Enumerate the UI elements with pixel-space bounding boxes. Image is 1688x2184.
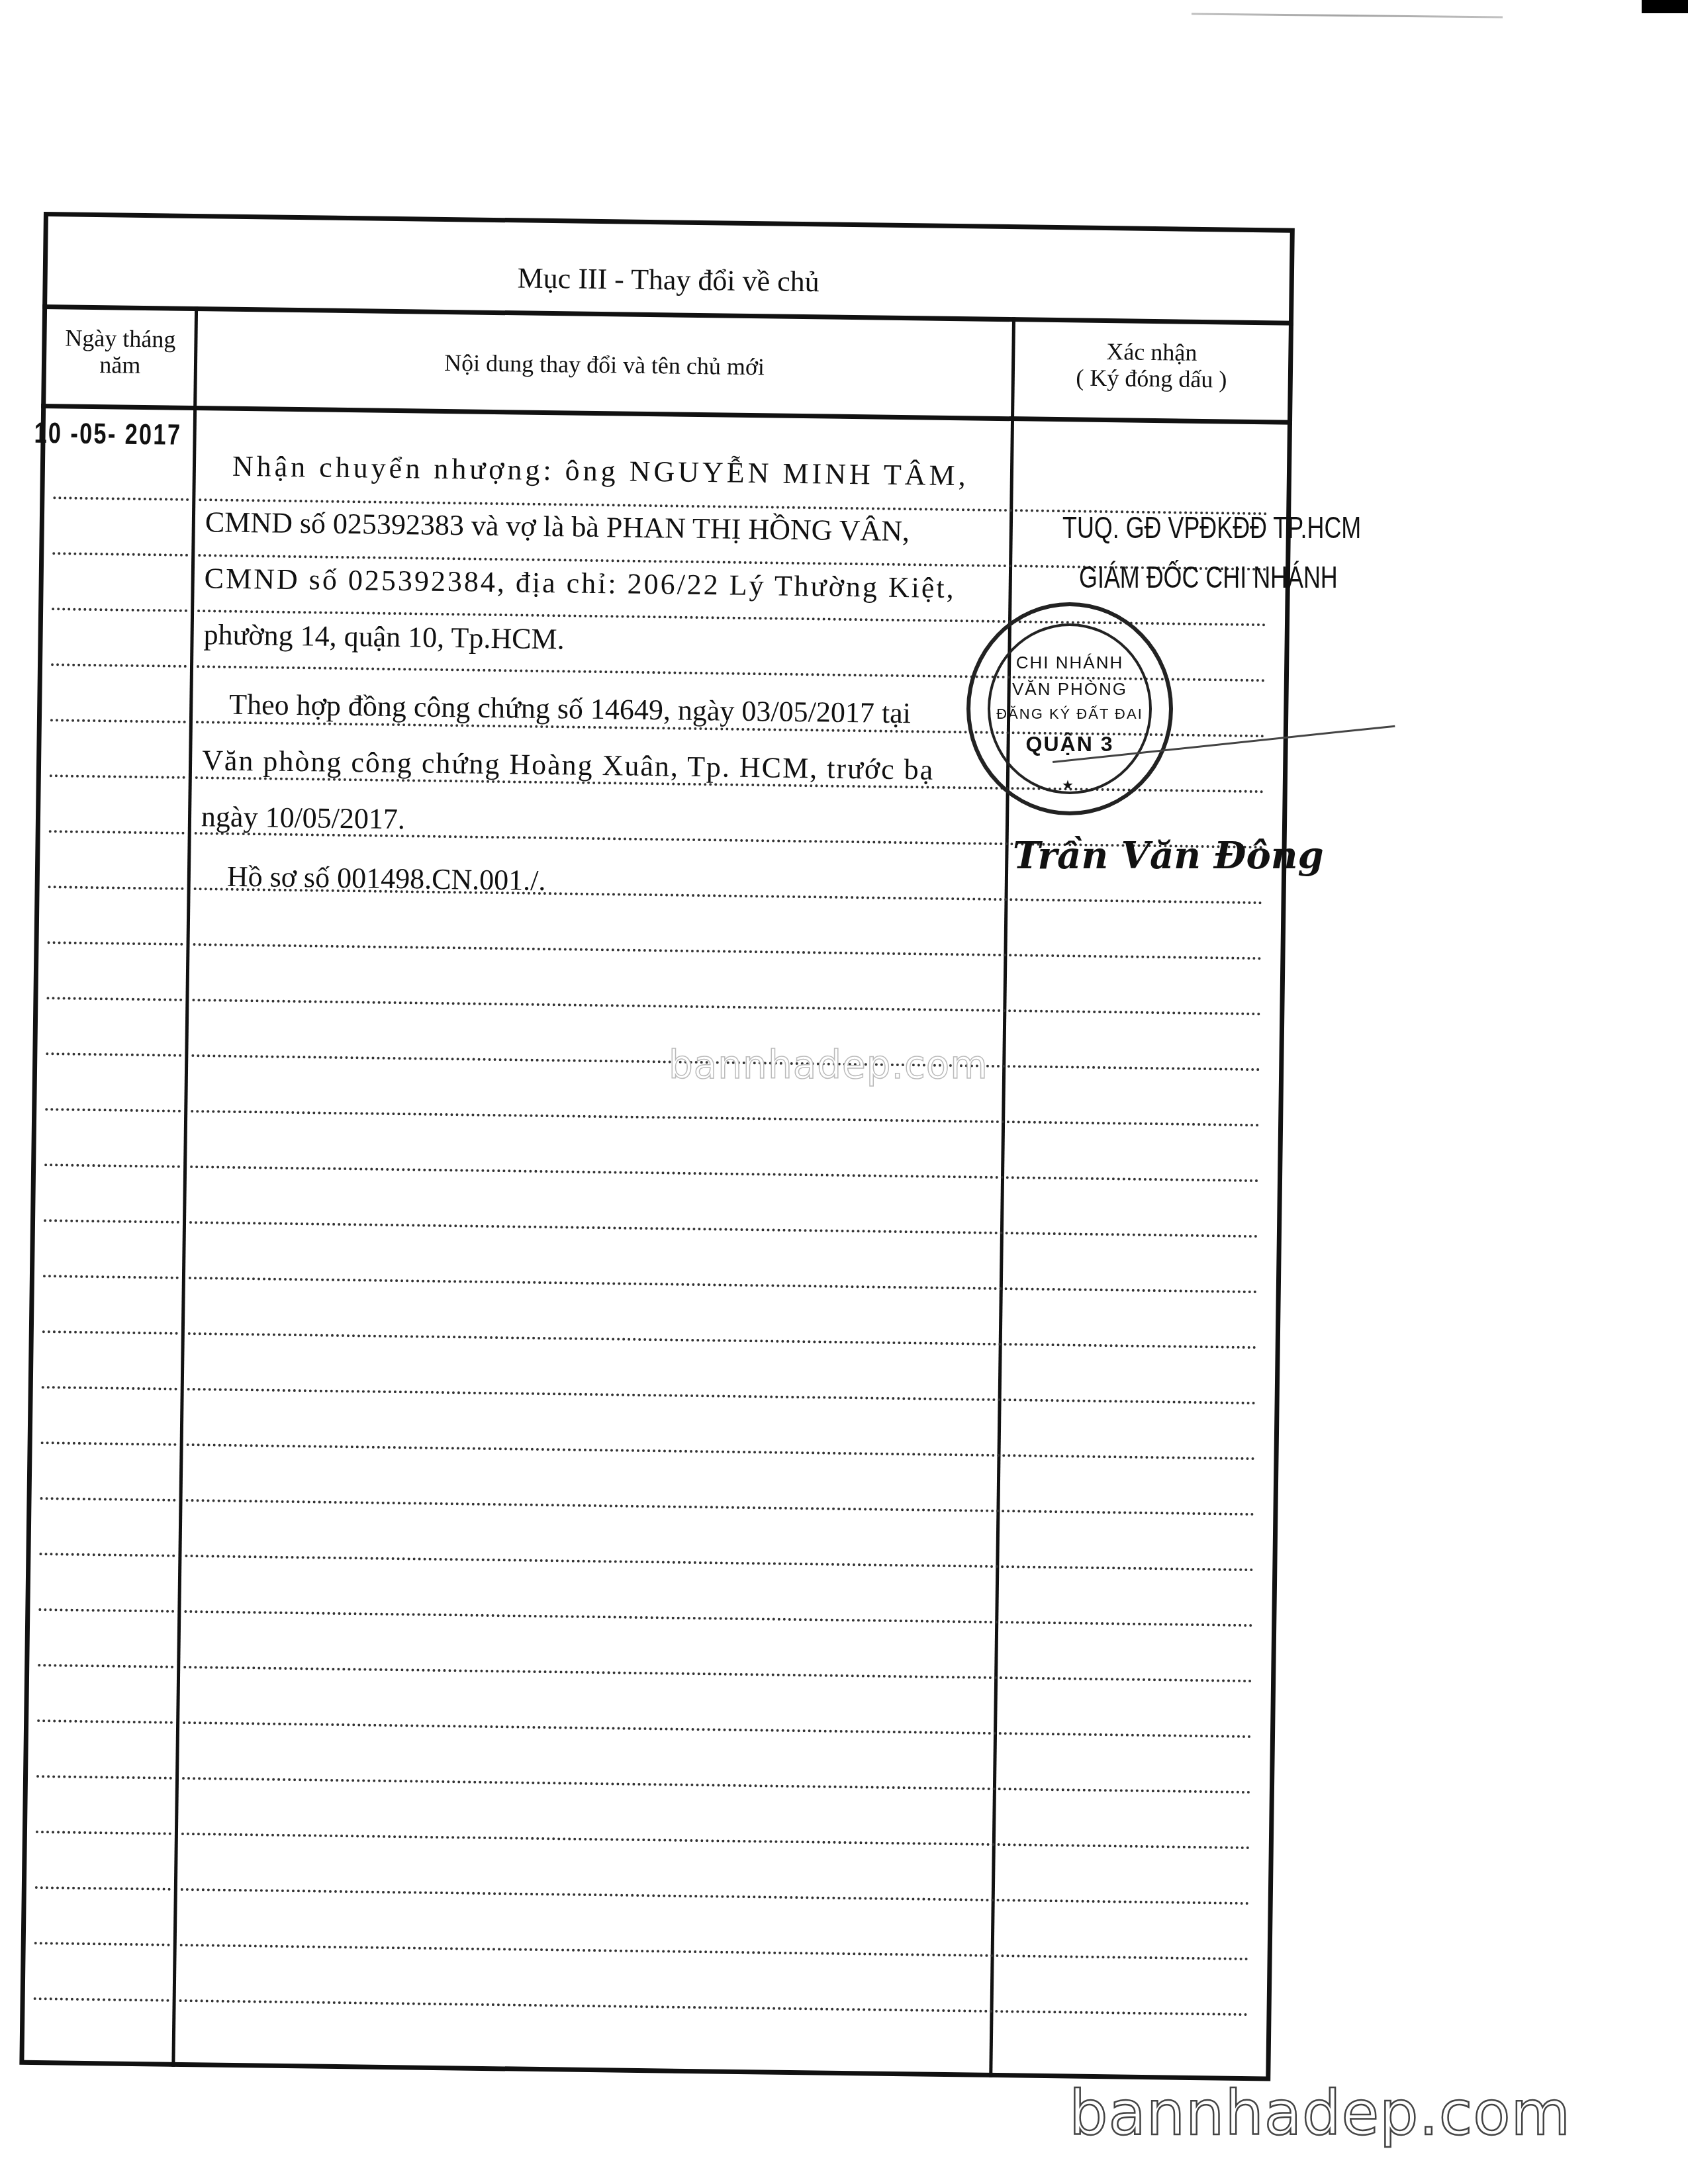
column-header-confirm-line1: Xác nhận [1015,337,1288,367]
ownership-change-table: Mục III - Thay đổi về chủ Ngày tháng năm… [19,212,1294,2081]
watermark: bannhadep.com [1069,2078,1571,2149]
official-seal: CHI NHÁNH VĂN PHÒNG ĐĂNG KÝ ĐẤT ĐAI QUẬN… [966,602,1173,815]
content-line: Hồ sơ số 001498.CN.001./. [227,860,546,897]
authority-title: TUQ. GĐ VPĐKĐĐ TP.HCM [1062,510,1361,545]
scan-edge [1642,0,1688,13]
seal-star-icon: ★ [1062,777,1074,794]
content-line: phường 14, quận 10, Tp.HCM. [203,617,565,656]
entry-date-stamp: 10 -05- 2017 [34,417,181,452]
scan-artifact [1192,13,1503,19]
seal-line: CHI NHÁNH [970,653,1169,673]
column-header-date: Ngày tháng năm [46,324,195,379]
signer-name: Trần Văn Đông [1013,834,1324,878]
column-header-confirm: Xác nhận ( Ký đóng dấu ) [1015,337,1289,393]
column-header-date-line1: Ngày tháng [46,324,195,353]
table-frame [19,212,1294,2081]
seal-line: VĂN PHÒNG [970,679,1169,700]
content-line: ngày 10/05/2017. [201,799,406,836]
column-header-date-line2: năm [46,351,195,379]
watermark: bannhadep.com [669,1042,988,1087]
seal-line: ĐĂNG KÝ ĐẤT ĐAI [970,705,1169,723]
position-title: GIÁM ĐỐC CHI NHÁNH [1079,559,1338,595]
column-header-confirm-line2: ( Ký đóng dấu ) [1015,363,1288,393]
